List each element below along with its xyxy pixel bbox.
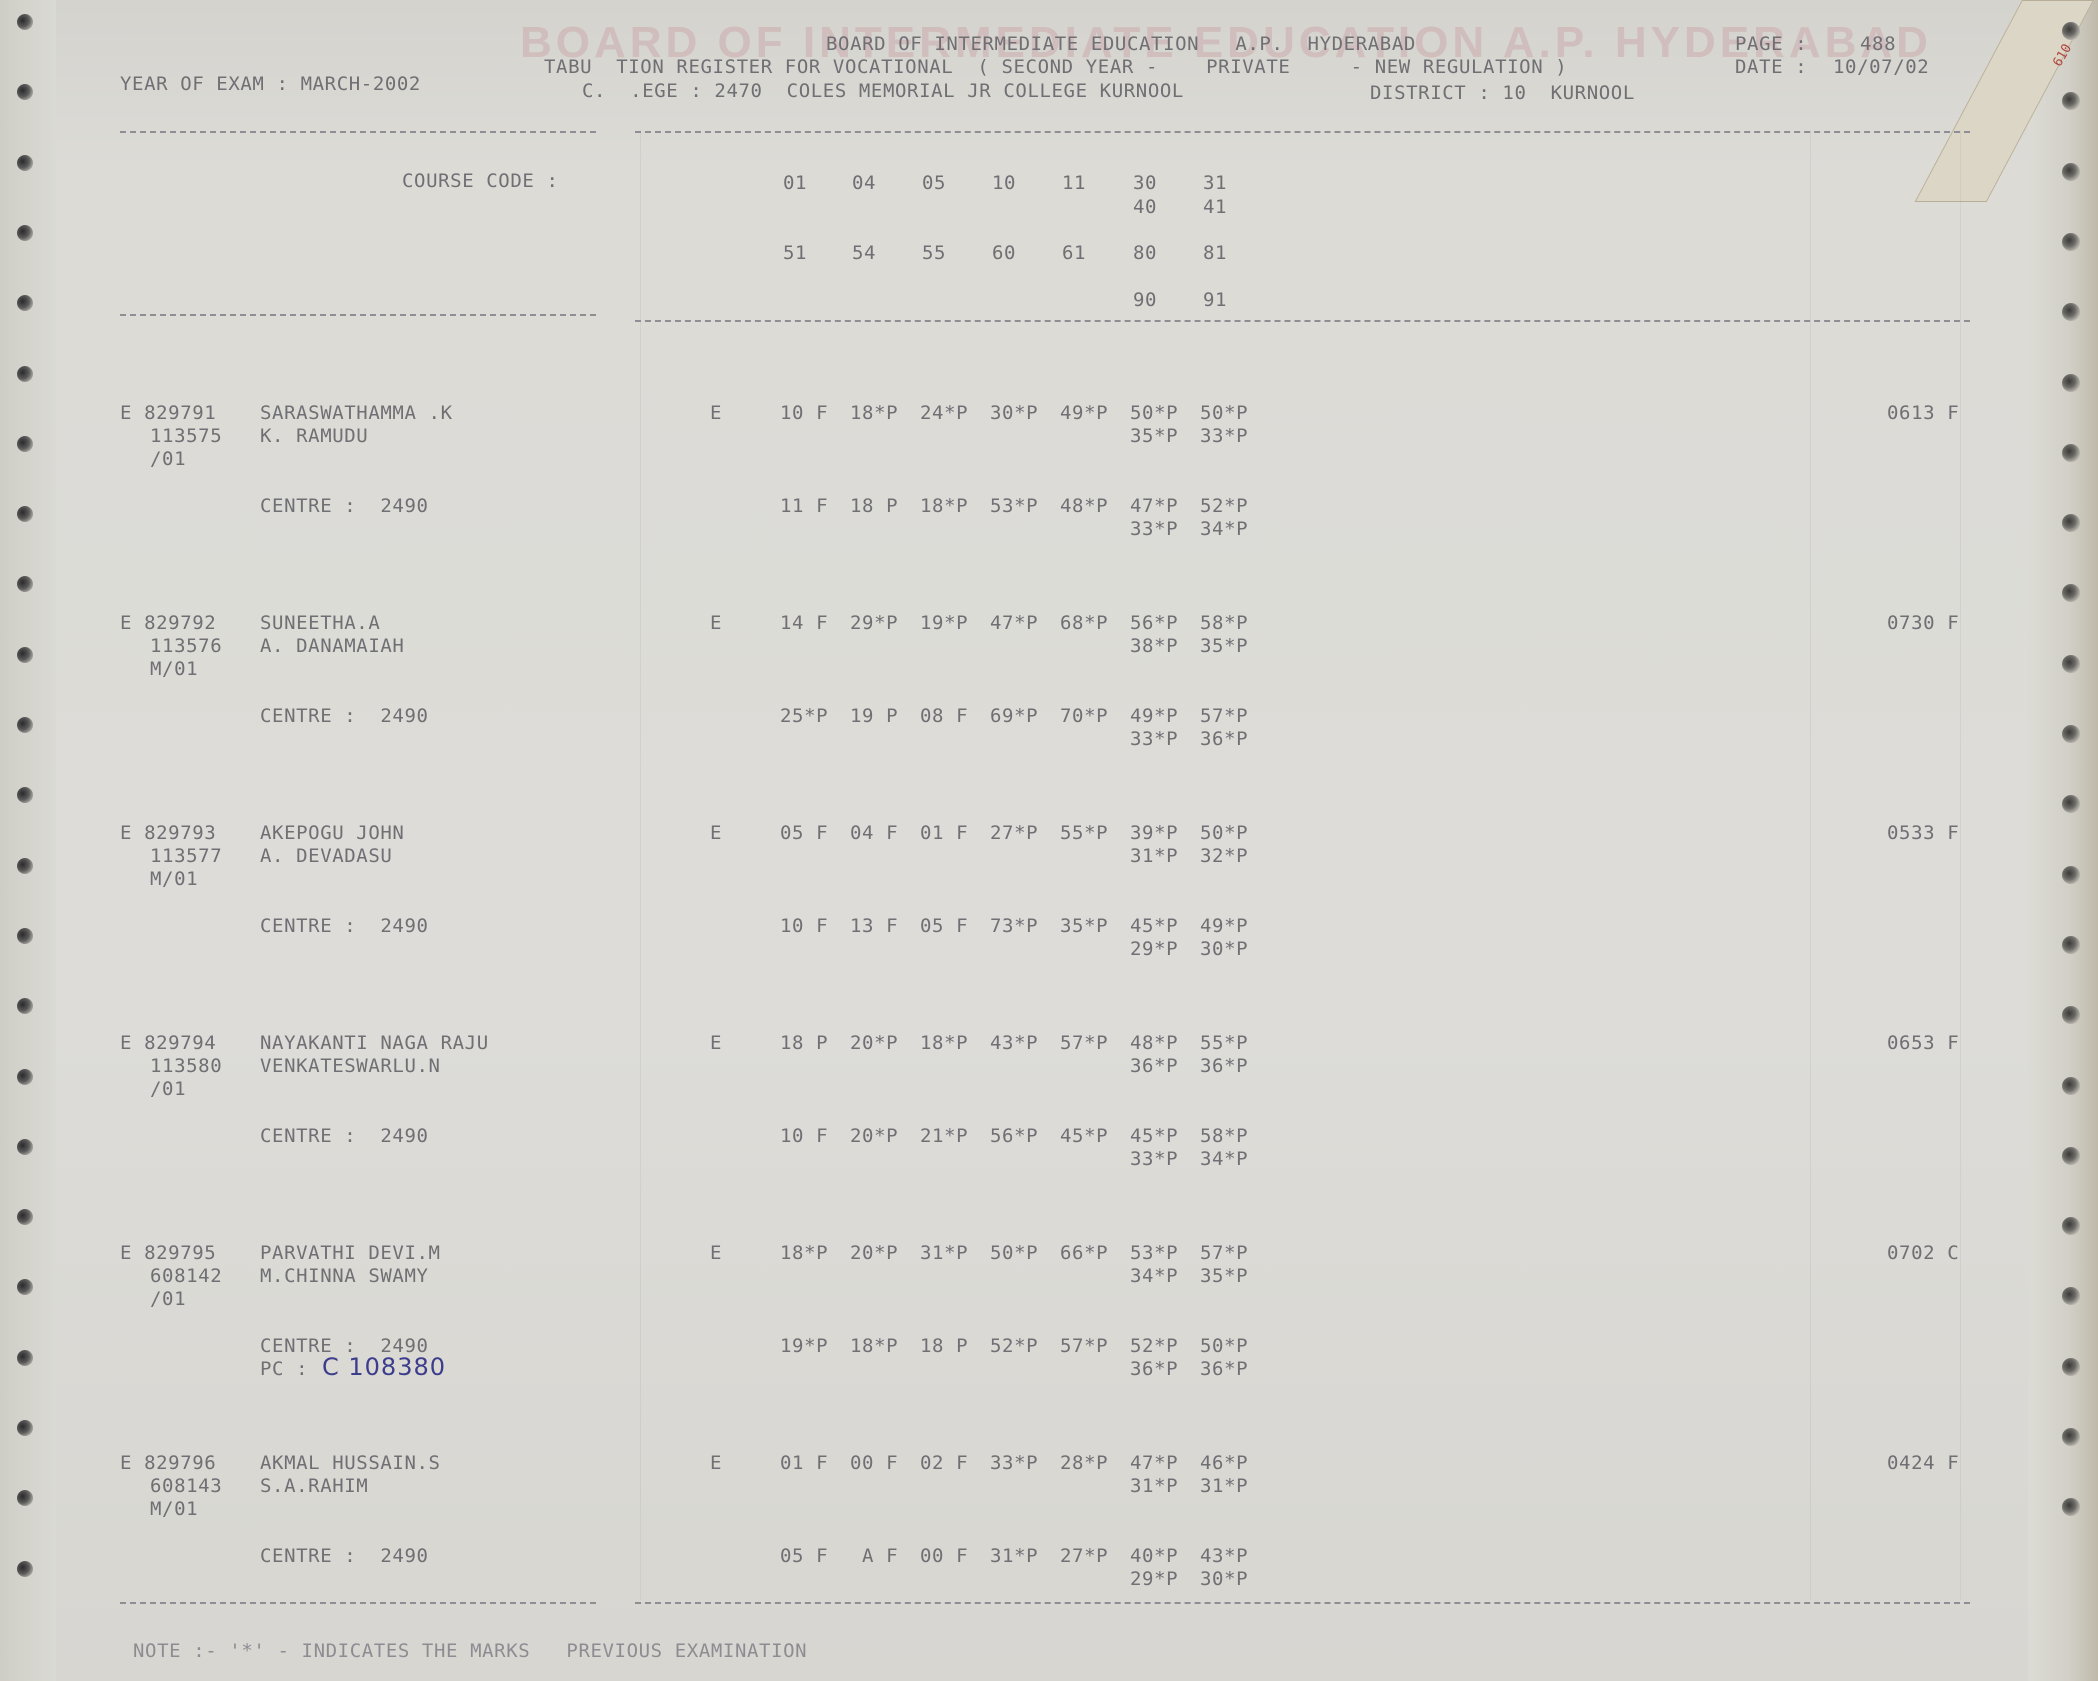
page-label: PAGE : <box>1735 33 1807 55</box>
hall-ticket-number: E 829795 <box>120 1242 216 1264</box>
mark-cell: 53*P <box>1130 1242 1178 1264</box>
mark-cell: 19 P <box>850 705 898 727</box>
feed-hole-icon <box>2062 1358 2080 1376</box>
course-code: 40 <box>1133 196 1157 218</box>
mark-cell: 19*P <box>780 1335 828 1357</box>
mark-cell: 04 F <box>850 822 898 844</box>
mark-cell: 35*P <box>1200 635 1248 657</box>
mark-cell: 18 P <box>850 495 898 517</box>
student-name: AKMAL HUSSAIN.S <box>260 1452 441 1474</box>
feed-hole-icon <box>2062 936 2080 954</box>
mark-cell: 33*P <box>1130 1148 1178 1170</box>
father-name: A. DANAMAIAH <box>260 635 404 657</box>
father-name: A. DEVADASU <box>260 845 392 867</box>
mark-cell: 57*P <box>1060 1335 1108 1357</box>
mark-cell: 20*P <box>850 1125 898 1147</box>
college-line: C. .EGE : 2470 COLES MEMORIAL JR COLLEGE… <box>582 80 1184 102</box>
mark-cell: 57*P <box>1200 1242 1248 1264</box>
divider <box>120 131 596 133</box>
feed-hole-icon <box>2062 1077 2080 1095</box>
hall-ticket-number: E 829796 <box>120 1452 216 1474</box>
mark-cell: 32*P <box>1200 845 1248 867</box>
medium: E <box>710 402 722 424</box>
mark-cell: 18 P <box>780 1032 828 1054</box>
mark-cell: 18*P <box>850 1335 898 1357</box>
mark-cell: 00 F <box>850 1452 898 1474</box>
mark-cell: 29*P <box>1130 1568 1178 1590</box>
father-name: M.CHINNA SWAMY <box>260 1265 429 1287</box>
group-code: M/01 <box>150 868 198 890</box>
mark-cell: 20*P <box>850 1032 898 1054</box>
divider <box>120 314 596 316</box>
mark-cell: 56*P <box>1130 612 1178 634</box>
father-name: VENKATESWARLU.N <box>260 1055 441 1077</box>
medium: E <box>710 1452 722 1474</box>
mark-cell: 36*P <box>1130 1358 1178 1380</box>
mark-cell: 46*P <box>1200 1452 1248 1474</box>
course-code: 31 <box>1203 172 1227 194</box>
mark-cell: 10 F <box>780 402 828 424</box>
tabulation-register-sheet: 610 BOARD OF INTERMEDIATE EDUCATION A.P.… <box>0 0 2098 1681</box>
mark-cell: 10 F <box>780 915 828 937</box>
father-name: K. RAMUDU <box>260 425 368 447</box>
total-result: 0533 F <box>1887 822 1959 844</box>
student-name: SUNEETHA.A <box>260 612 380 634</box>
course-code: 04 <box>852 172 876 194</box>
mark-cell: 66*P <box>1060 1242 1108 1264</box>
mark-cell: 29*P <box>1130 938 1178 960</box>
registration-number: 113575 <box>150 425 222 447</box>
exam-centre: CENTRE : 2490 <box>260 1125 429 1147</box>
feed-hole-icon <box>2062 1217 2080 1235</box>
mark-cell: 69*P <box>990 705 1038 727</box>
pc-label: PC : <box>260 1358 308 1380</box>
page-number: 488 <box>1860 33 1896 55</box>
mark-cell: 35*P <box>1060 915 1108 937</box>
divider <box>635 131 1970 133</box>
group-code: /01 <box>150 1078 186 1100</box>
mark-cell: 58*P <box>1200 612 1248 634</box>
mark-cell: 52*P <box>1200 495 1248 517</box>
medium: E <box>710 1032 722 1054</box>
column-guide <box>1810 130 1811 1600</box>
mark-cell: 49*P <box>1130 705 1178 727</box>
mark-cell: 11 F <box>780 495 828 517</box>
mark-cell: 70*P <box>1060 705 1108 727</box>
right-tractor-margin <box>2028 0 2098 1681</box>
mark-cell: 18*P <box>920 495 968 517</box>
feed-hole-icon <box>17 1209 33 1225</box>
student-name: PARVATHI DEVI.M <box>260 1242 441 1264</box>
mark-cell: 50*P <box>990 1242 1038 1264</box>
mark-cell: 50*P <box>1200 822 1248 844</box>
mark-cell: 47*P <box>990 612 1038 634</box>
mark-cell: 20*P <box>850 1242 898 1264</box>
feed-hole-icon <box>17 1420 33 1436</box>
registration-number: 113576 <box>150 635 222 657</box>
total-result: 0613 F <box>1887 402 1959 424</box>
exam-centre: CENTRE : 2490 <box>260 1545 429 1567</box>
divider <box>635 1602 1970 1604</box>
mark-cell: 47*P <box>1130 495 1178 517</box>
mark-cell: 52*P <box>990 1335 1038 1357</box>
mark-cell: 05 F <box>920 915 968 937</box>
course-code: 55 <box>922 242 946 264</box>
mark-cell: 38*P <box>1130 635 1178 657</box>
mark-cell: 47*P <box>1130 1452 1178 1474</box>
course-code: 90 <box>1133 289 1157 311</box>
mark-cell: 05 F <box>780 1545 828 1567</box>
mark-cell: 31*P <box>990 1545 1038 1567</box>
feed-hole-icon <box>2062 655 2080 673</box>
mark-cell: 34*P <box>1200 1148 1248 1170</box>
exam-centre: CENTRE : 2490 <box>260 705 429 727</box>
mark-cell: 29*P <box>850 612 898 634</box>
mark-cell: 30*P <box>1200 938 1248 960</box>
course-code: 10 <box>992 172 1016 194</box>
course-code: 41 <box>1203 196 1227 218</box>
mark-cell: 33*P <box>990 1452 1038 1474</box>
feed-hole-icon <box>2062 725 2080 743</box>
mark-cell: 18*P <box>920 1032 968 1054</box>
feed-hole-icon <box>17 1139 33 1155</box>
feed-hole-icon <box>17 717 33 733</box>
course-code: 91 <box>1203 289 1227 311</box>
mark-cell: 00 F <box>920 1545 968 1567</box>
feed-hole-icon <box>17 1561 33 1577</box>
feed-hole-icon <box>2062 374 2080 392</box>
mark-cell: 30*P <box>1200 1568 1248 1590</box>
mark-cell: 36*P <box>1200 1055 1248 1077</box>
hall-ticket-number: E 829792 <box>120 612 216 634</box>
mark-cell: 36*P <box>1200 728 1248 750</box>
mark-cell: 43*P <box>1200 1545 1248 1567</box>
feed-hole-icon <box>2062 22 2080 40</box>
mark-cell: 18*P <box>850 402 898 424</box>
district-line: DISTRICT : 10 KURNOOL <box>1370 82 1635 104</box>
mark-cell: 10 F <box>780 1125 828 1147</box>
group-code: M/01 <box>150 658 198 680</box>
mark-cell: 40*P <box>1130 1545 1178 1567</box>
mark-cell: 19*P <box>920 612 968 634</box>
feed-hole-icon <box>17 225 33 241</box>
mark-cell: 27*P <box>1060 1545 1108 1567</box>
registration-number: 113577 <box>150 845 222 867</box>
mark-cell: 68*P <box>1060 612 1108 634</box>
exam-centre: CENTRE : 2490 <box>260 915 429 937</box>
mark-cell: 30*P <box>990 402 1038 424</box>
year-of-exam: YEAR OF EXAM : MARCH-2002 <box>120 73 421 95</box>
mark-cell: 14 F <box>780 612 828 634</box>
mark-cell: 02 F <box>920 1452 968 1474</box>
mark-cell: 36*P <box>1200 1358 1248 1380</box>
mark-cell: 05 F <box>780 822 828 844</box>
course-code: 80 <box>1133 242 1157 264</box>
group-code: /01 <box>150 448 186 470</box>
mark-cell: 56*P <box>990 1125 1038 1147</box>
mark-cell: 24*P <box>920 402 968 424</box>
student-name: AKEPOGU JOHN <box>260 822 404 844</box>
mark-cell: 49*P <box>1060 402 1108 424</box>
mark-cell: 50*P <box>1200 402 1248 424</box>
course-code: 30 <box>1133 172 1157 194</box>
mark-cell: 48*P <box>1130 1032 1178 1054</box>
divider <box>120 1602 596 1604</box>
total-result: 0730 F <box>1887 612 1959 634</box>
student-name: SARASWATHAMMA .K <box>260 402 453 424</box>
course-code: 01 <box>783 172 807 194</box>
mark-cell: 18*P <box>780 1242 828 1264</box>
registration-number: 608142 <box>150 1265 222 1287</box>
feed-hole-icon <box>2062 514 2080 532</box>
mark-cell: 39*P <box>1130 822 1178 844</box>
footer-note: NOTE :- '*' - INDICATES THE MARKS PREVIO… <box>133 1640 807 1662</box>
print-date: 10/07/02 <box>1833 56 1929 78</box>
mark-cell: 35*P <box>1130 425 1178 447</box>
mark-cell: 33*P <box>1130 728 1178 750</box>
feed-hole-icon <box>17 506 33 522</box>
mark-cell: 53*P <box>990 495 1038 517</box>
hall-ticket-number: E 829793 <box>120 822 216 844</box>
hall-ticket-number: E 829791 <box>120 402 216 424</box>
column-guide <box>1960 130 1961 1600</box>
course-code: 05 <box>922 172 946 194</box>
course-code: 61 <box>1062 242 1086 264</box>
mark-cell: 18 P <box>920 1335 968 1357</box>
mark-cell: 50*P <box>1130 402 1178 424</box>
feed-hole-icon <box>17 14 33 30</box>
group-code: /01 <box>150 1288 186 1310</box>
medium: E <box>710 612 722 634</box>
course-code-label: COURSE CODE : <box>402 170 559 192</box>
mark-cell: 52*P <box>1130 1335 1178 1357</box>
mark-cell: 36*P <box>1130 1055 1178 1077</box>
feed-hole-icon <box>2062 1428 2080 1446</box>
feed-hole-icon <box>17 858 33 874</box>
registration-number: 608143 <box>150 1475 222 1497</box>
mark-cell: 43*P <box>990 1032 1038 1054</box>
exam-centre: CENTRE : 2490 <box>260 495 429 517</box>
medium: E <box>710 1242 722 1264</box>
father-name: S.A.RAHIM <box>260 1475 368 1497</box>
mark-cell: 58*P <box>1200 1125 1248 1147</box>
mark-cell: 45*P <box>1130 915 1178 937</box>
hall-ticket-number: E 829794 <box>120 1032 216 1054</box>
feed-hole-icon <box>17 647 33 663</box>
course-code: 81 <box>1203 242 1227 264</box>
student-name: NAYAKANTI NAGA RAJU <box>260 1032 489 1054</box>
mark-cell: 31*P <box>920 1242 968 1264</box>
mark-cell: 57*P <box>1060 1032 1108 1054</box>
total-result: 0702 C <box>1887 1242 1959 1264</box>
feed-hole-icon <box>2062 444 2080 462</box>
mark-cell: 55*P <box>1060 822 1108 844</box>
mark-cell: 08 F <box>920 705 968 727</box>
course-code: 60 <box>992 242 1016 264</box>
total-result: 0424 F <box>1887 1452 1959 1474</box>
mark-cell: 21*P <box>920 1125 968 1147</box>
total-result: 0653 F <box>1887 1032 1959 1054</box>
course-code: 54 <box>852 242 876 264</box>
feed-hole-icon <box>2062 233 2080 251</box>
mark-cell: 57*P <box>1200 705 1248 727</box>
mark-cell: 31*P <box>1130 1475 1178 1497</box>
mark-cell: 35*P <box>1200 1265 1248 1287</box>
mark-cell: 01 F <box>920 822 968 844</box>
feed-hole-icon <box>17 1069 33 1085</box>
mark-cell: 45*P <box>1130 1125 1178 1147</box>
board-title: BOARD OF INTERMEDIATE EDUCATION A.P. HYD… <box>826 33 1416 55</box>
mark-cell: 13 F <box>850 915 898 937</box>
mark-cell: 31*P <box>1200 1475 1248 1497</box>
mark-cell: 49*P <box>1200 915 1248 937</box>
mark-cell: 55*P <box>1200 1032 1248 1054</box>
feed-hole-icon <box>2062 866 2080 884</box>
feed-hole-icon <box>2062 163 2080 181</box>
register-title: TABU TION REGISTER FOR VOCATIONAL ( SECO… <box>544 56 1567 78</box>
mark-cell: 34*P <box>1130 1265 1178 1287</box>
mark-cell: 28*P <box>1060 1452 1108 1474</box>
feed-hole-icon <box>17 155 33 171</box>
mark-cell: 33*P <box>1200 425 1248 447</box>
feed-hole-icon <box>17 436 33 452</box>
group-code: M/01 <box>150 1498 198 1520</box>
column-guide <box>640 130 641 1600</box>
mark-cell: 25*P <box>780 705 828 727</box>
mark-cell: A F <box>850 1545 898 1567</box>
feed-hole-icon <box>17 928 33 944</box>
mark-cell: 27*P <box>990 822 1038 844</box>
registration-number: 113580 <box>150 1055 222 1077</box>
date-label: DATE : <box>1735 56 1807 78</box>
feed-hole-icon <box>17 366 33 382</box>
mark-cell: 33*P <box>1130 518 1178 540</box>
pc-handwritten-number: C 108380 <box>322 1356 446 1378</box>
divider <box>635 320 1970 322</box>
mark-cell: 48*P <box>1060 495 1108 517</box>
mark-cell: 34*P <box>1200 518 1248 540</box>
feed-hole-icon <box>17 1350 33 1366</box>
course-code: 51 <box>783 242 807 264</box>
feed-hole-icon <box>2062 1147 2080 1165</box>
mark-cell: 31*P <box>1130 845 1178 867</box>
mark-cell: 01 F <box>780 1452 828 1474</box>
course-code: 11 <box>1062 172 1086 194</box>
mark-cell: 73*P <box>990 915 1038 937</box>
mark-cell: 45*P <box>1060 1125 1108 1147</box>
mark-cell: 50*P <box>1200 1335 1248 1357</box>
medium: E <box>710 822 722 844</box>
